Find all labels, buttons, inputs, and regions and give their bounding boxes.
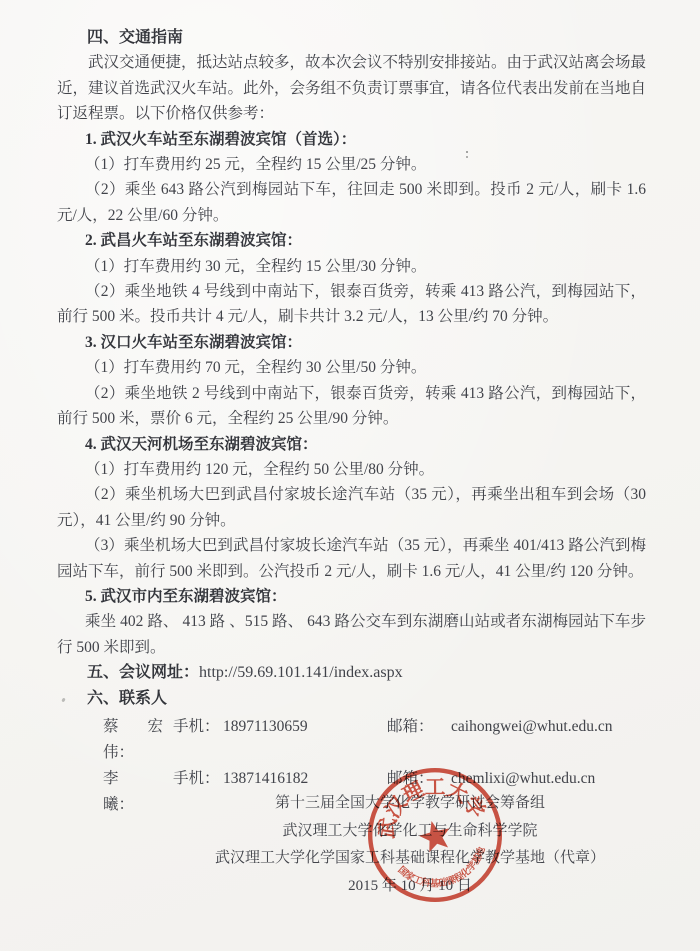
route-item: （2）乘坐 643 路公汽到梅园站下车，往回走 500 米即到。投币 2 元/人… xyxy=(57,177,646,228)
intro-paragraph: 武汉交通便捷，抵达站点较多，故本次会议不特别安排接站。由于武汉站离会场最近，建议… xyxy=(57,50,646,126)
route-block-wuchang-station: 2. 武昌火车站至东湖碧波宾馆： （1）打车费用约 30 元，全程约 15 公里… xyxy=(57,228,646,330)
scan-speck xyxy=(466,151,468,153)
contact-name: 李 曦： xyxy=(103,766,163,818)
website-label: 五、会议网址： xyxy=(87,664,199,681)
route-item: （1）打车费用约 70 元，全程约 30 公里/50 分钟。 xyxy=(57,355,646,380)
route-title: 5. 武汉市内至东湖碧波宾馆： xyxy=(57,584,646,609)
route-title: 2. 武昌火车站至东湖碧波宾馆： xyxy=(57,228,646,253)
route-block-hankou-station: 3. 汉口火车站至东湖碧波宾馆： （1）打车费用约 70 元，全程约 30 公里… xyxy=(57,330,646,432)
section-heading-transport-guide: 四、交通指南 xyxy=(57,25,646,50)
seal-base-textpath: 国家工科基础课程化学基地 xyxy=(394,842,495,899)
route-item: （2）乘坐地铁 2 号线到中南站下，银泰百货旁，转乘 413 路公汽，到梅园站下… xyxy=(57,381,646,432)
route-item: （1）打车费用约 30 元，全程约 15 公里/30 分钟。 xyxy=(57,254,646,279)
route-title: 4. 武汉天河机场至东湖碧波宾馆： xyxy=(57,432,646,457)
website-url: http://59.69.101.141/index.aspx xyxy=(199,664,403,681)
contact-name: 蔡宏伟： xyxy=(103,714,163,766)
scanned-document-page: 四、交通指南 武汉交通便捷，抵达站点较多，故本次会议不特别安排接站。由于武汉站离… xyxy=(0,0,700,951)
route-block-tianhe-airport: 4. 武汉天河机场至东湖碧波宾馆： （1）打车费用约 120 元，全程约 50 … xyxy=(57,432,646,584)
route-item: （1）打车费用约 120 元，全程约 50 公里/80 分钟。 xyxy=(57,457,646,482)
route-item: （3）乘坐机场大巴到武昌付家坡长途汽车站（35 元），再乘坐 401/413 路… xyxy=(57,533,646,584)
email-label: 邮箱： xyxy=(387,714,437,766)
route-block-city-center: 5. 武汉市内至东湖碧波宾馆： 乘坐 402 路、 413 路 、515 路、 … xyxy=(57,584,646,660)
seal-star-icon xyxy=(416,817,454,853)
route-item: （2）乘坐地铁 4 号线到中南站下，银泰百货旁，转乘 413 路公汽，到梅园站下… xyxy=(57,279,646,330)
seal-base-arc-text: 国家工科基础课程化学基地 xyxy=(394,842,495,899)
phone-number: 18971130659 xyxy=(223,714,351,766)
contact-row: 蔡宏伟： 手机： 18971130659 邮箱： caihongwei@whut… xyxy=(103,714,646,766)
route-block-wuhan-station: 1. 武汉火车站至东湖碧波宾馆（首选）： （1）打车费用约 25 元，全程约 1… xyxy=(57,127,646,229)
phone-label: 手机： xyxy=(173,714,223,766)
document-body: 四、交通指南 武汉交通便捷，抵达站点较多，故本次会议不特别安排接站。由于武汉站离… xyxy=(57,0,646,818)
section-heading-contacts: 六、联系人 xyxy=(57,686,646,711)
route-title: 1. 武汉火车站至东湖碧波宾馆（首选）： xyxy=(57,127,646,152)
route-item: （2）乘坐机场大巴到武昌付家坡长途汽车站（35 元），再乘坐出租车到会场（30 … xyxy=(57,482,646,533)
section-heading-website: 五、会议网址：http://59.69.101.141/index.aspx xyxy=(57,660,646,685)
route-item: （1）打车费用约 25 元，全程约 15 公里/25 分钟。 xyxy=(57,152,646,177)
route-title: 3. 汉口火车站至东湖碧波宾馆： xyxy=(57,330,646,355)
route-item: 乘坐 402 路、 413 路 、515 路、 643 路公交车到东湖磨山站或者… xyxy=(57,609,646,660)
